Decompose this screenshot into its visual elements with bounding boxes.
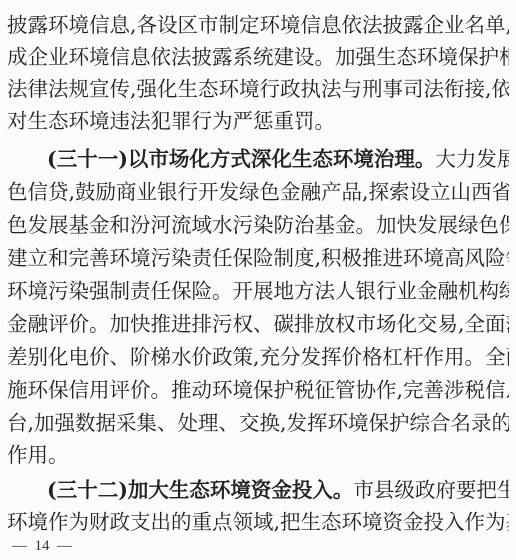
section-32-first-line: (三十二)加大生态环境资金投入。市县级政府要把生态: [7, 478, 509, 502]
text-line: 色信贷,鼓励商业银行开发绿色金融产品,探索设立山西省绿: [7, 180, 509, 204]
section-32-lead-text: 市县级政府要把生态: [353, 478, 509, 502]
document-page: 披露环境信息,各设区市制定环境信息依法披露企业名单,完 成企业环境信息依法披露系…: [0, 0, 516, 560]
text-line: 台,加强数据采集、处理、交换,发挥环境保护综合名录的引导: [7, 411, 509, 435]
text-line: 色发展基金和汾河流域水污染防治基金。加快发展绿色保险,: [7, 213, 509, 237]
text-line: 成企业环境信息依法披露系统建设。加强生态环境保护相关: [7, 45, 509, 69]
text-line: 金融评价。加快推进排污权、碳排放权市场化交易,全面落实: [7, 312, 509, 336]
text-line: 法律法规宣传,强化生态环境行政执法与刑事司法衔接,依法: [7, 77, 509, 101]
text-line: 差别化电价、阶梯水价政策,充分发挥价格杠杆作用。全面实: [7, 345, 509, 369]
text-line: 对生态环境违法犯罪行为严惩重罚。: [7, 109, 509, 133]
section-32-heading: (三十二)加大生态环境资金投入。: [47, 478, 353, 502]
text-line: 环境作为财政支出的重点领域,把生态环境资金投入作为基础: [7, 510, 509, 534]
text-line: 披露环境信息,各设区市制定环境信息依法披露企业名单,完: [7, 13, 509, 37]
section-31-heading: (三十一)以市场化方式深化生态环境治理。: [47, 147, 435, 171]
text-line: 施环保信用评价。推动环境保护税征管协作,完善涉税信息平: [7, 378, 509, 402]
text-line: 建立和完善环境污染责任保险制度,积极推进环境高风险领域: [7, 246, 509, 270]
section-31-first-line: (三十一)以市场化方式深化生态环境治理。大力发展绿: [7, 147, 509, 171]
section-31-lead-text: 大力发展绿: [435, 147, 509, 171]
text-line: 环境污染强制责任保险。开展地方法人银行业金融机构绿色: [7, 279, 509, 303]
page-number: — 14 —: [12, 537, 72, 555]
text-line: 作用。: [7, 443, 509, 467]
